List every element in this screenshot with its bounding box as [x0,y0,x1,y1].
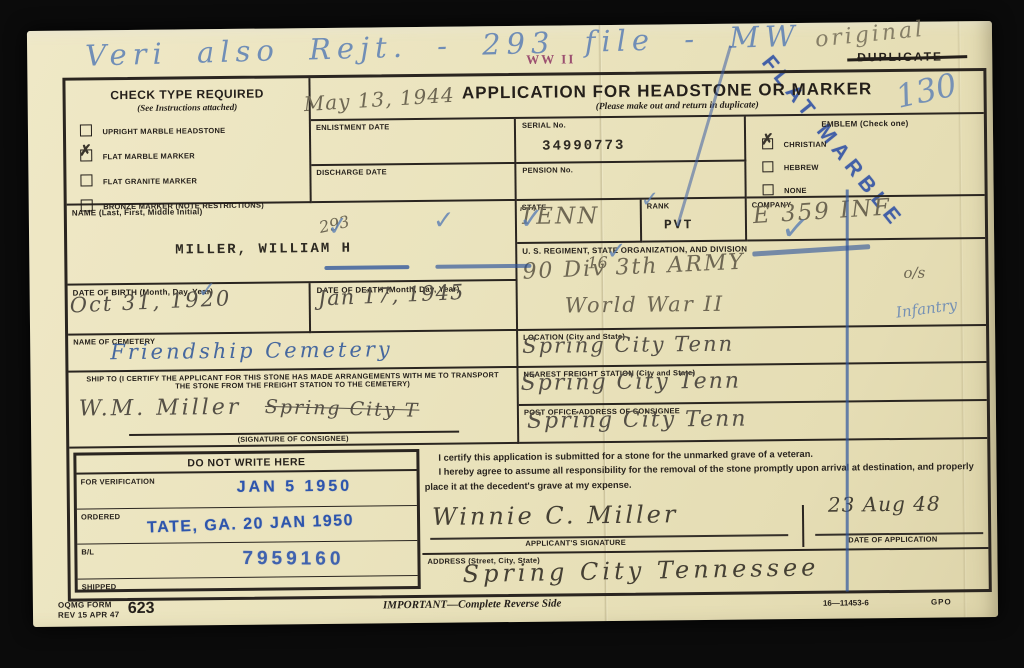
verification-stamp: JAN 5 1950 [237,478,353,497]
shipped-row: SHIPPED [78,576,418,610]
check-type-title: CHECK TYPE REQUIRED [66,86,309,103]
overseas-note: o/s [903,264,925,282]
location-value: Spring City Tenn [522,332,734,358]
name-label: NAME (Last, First, Middle Initial) [72,207,203,218]
serial-no-field: SERIAL No. 34990773 [516,117,746,164]
do-not-write-box: DO NOT WRITE HERE FOR VERIFICATION JAN 5… [73,449,420,593]
file-number-note: 293 [317,212,351,237]
serial-no-value: 34990773 [542,138,625,155]
checkbox-checked-icon: ✗ [80,149,92,161]
application-date-label: DATE OF APPLICATION [848,536,937,546]
scanned-form-card: Veri also Rejt. - 293 file - MW original… [27,21,998,627]
verification-row: FOR VERIFICATION JAN 5 1950 [77,471,417,510]
name-field: NAME (Last, First, Middle Initial) MILLE… [67,201,518,286]
checkbox-checked-icon: ✗ [762,138,773,149]
cemetery-value: Friendship Cemetery [110,337,393,364]
ordered-row: ORDERED TATE, GA. 20 JAN 1950 [77,506,417,545]
option-flat-granite: FLAT GRANITE MARKER [80,169,309,189]
pension-no-field: PENSION No. [516,162,746,201]
regiment-value-line2: World War II [565,292,725,318]
option-upright-marble: UPRIGHT MARBLE HEADSTONE [80,119,309,139]
check-type-subtitle: (See Instructions attached) [66,101,309,114]
bl-row: B/L 7959160 [77,541,417,580]
rank-field: RANK PVT [642,199,747,243]
checkbox-icon [80,124,92,136]
state-value: TENN [519,203,600,230]
pencil-16-note: 16 [587,253,608,272]
emblem-label: EMBLEM (Check one) [746,118,984,130]
name-value: MILLER, WILLIAM H [175,241,352,259]
freight-value: Spring City Tenn [520,369,741,396]
applicant-signature-value: Winnie C. Miller [432,500,679,531]
checkbox-icon [80,174,92,186]
original-note: original [814,17,926,53]
option-flat-marble: ✗ FLAT MARBLE MARKER [80,144,309,164]
enlistment-date-field: ENLISTMENT DATE [311,119,516,166]
headstone-application-form: CHECK TYPE REQUIRED (See Instructions at… [62,68,991,602]
po-address-value: Spring City Tenn [527,407,748,434]
consignee-struck-value: Spring City T [265,396,420,422]
signature-date-divider [802,505,804,547]
top-margin-note: Veri also Rejt. - 293 file - MW [85,19,801,73]
option-hebrew: HEBREW [762,155,984,175]
emblem-section: EMBLEM (Check one) ✗ CHRISTIAN HEBREW NO… [746,114,985,198]
bl-stamp: 7959160 [242,548,344,571]
ordered-stamp: TATE, GA. 20 JAN 1950 [147,512,354,538]
consignee-value: W.M. Miller [79,395,242,422]
ww2-stamp: WW II [526,51,575,68]
checkbox-icon [762,161,773,172]
option-christian: ✗ CHRISTIAN [762,132,984,152]
check-type-section: CHECK TYPE REQUIRED (See Instructions at… [65,78,311,206]
discharge-date-field: DISCHARGE DATE [311,164,516,203]
applicant-signature-label: APPLICANT'S SIGNATURE [525,539,626,549]
checkbox-icon [763,184,774,195]
